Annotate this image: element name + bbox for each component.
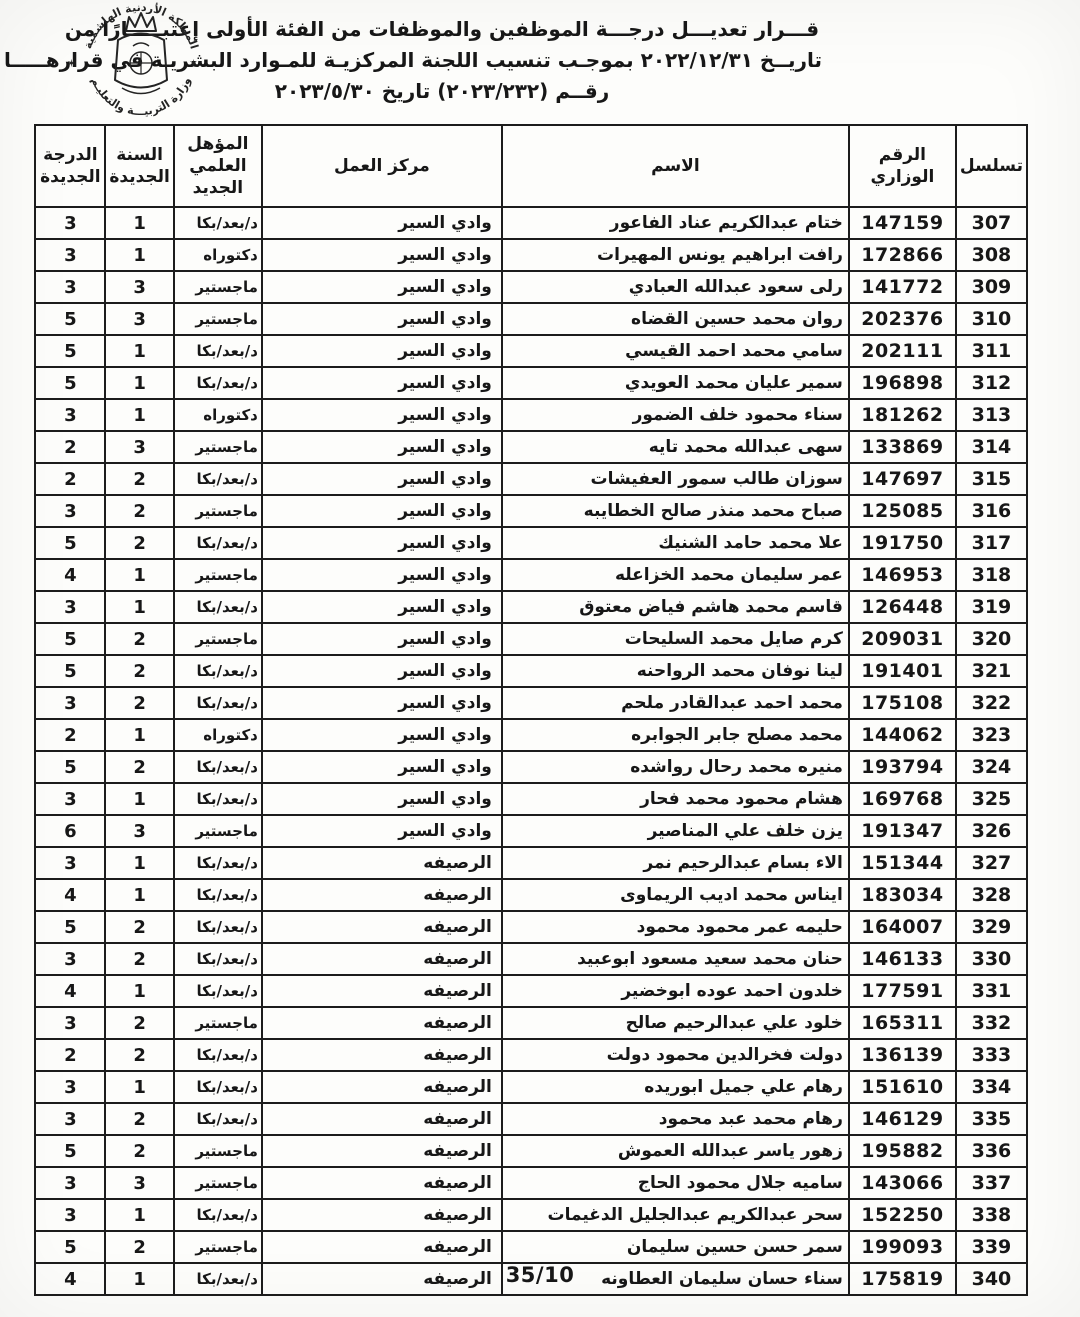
qualification-cell: دكتوراه — [174, 399, 262, 431]
new-grade-cell: 5 — [35, 1135, 105, 1167]
name-cell: عمر سليمان محمد الخزاعله — [502, 559, 849, 591]
new-grade-cell: 3 — [35, 1167, 105, 1199]
new-year-cell: 1 — [105, 847, 174, 879]
new-year-cell: 1 — [105, 1071, 174, 1103]
new-year-cell: 1 — [105, 591, 174, 623]
ministry-number-cell: 175108 — [849, 687, 956, 719]
ministry-number-cell: 133869 — [849, 431, 956, 463]
seal-star-left: ✶ — [67, 57, 76, 70]
serial-cell: 337 — [956, 1167, 1027, 1199]
ministry-number-cell: 164007 — [849, 911, 956, 943]
new-grade-cell: 3 — [35, 399, 105, 431]
work-center-cell: وادي السير — [262, 783, 502, 815]
new-grade-cell: 5 — [35, 335, 105, 367]
name-cell: محمد احمد عبدالقادر ملحم — [502, 687, 849, 719]
name-cell: صباح محمد منذر صالح الخطايبه — [502, 495, 849, 527]
new-grade-cell: 5 — [35, 911, 105, 943]
qualification-cell: د/بعد/بكا — [174, 975, 262, 1007]
new-grade-cell: 3 — [35, 943, 105, 975]
new-grade-cell: 2 — [35, 1039, 105, 1071]
ministry-number-cell: 196898 — [849, 367, 956, 399]
table-body: 307147159ختام عبدالكريم عناد الفاعوروادي… — [35, 207, 1027, 1295]
name-cell: ختام عبدالكريم عناد الفاعور — [502, 207, 849, 239]
hashemite-crown-emblem-icon — [115, 13, 167, 94]
new-grade-cell: 3 — [35, 1007, 105, 1039]
new-year-cell: 1 — [105, 719, 174, 751]
qualification-cell: د/بعد/بكا — [174, 207, 262, 239]
serial-cell: 323 — [956, 719, 1027, 751]
new-year-cell: 3 — [105, 271, 174, 303]
serial-cell: 313 — [956, 399, 1027, 431]
serial-cell: 312 — [956, 367, 1027, 399]
new-year-cell: 1 — [105, 975, 174, 1007]
ministry-number-cell: 151344 — [849, 847, 956, 879]
new-grade-cell: 5 — [35, 367, 105, 399]
qualification-cell: ماجستير — [174, 815, 262, 847]
new-year-cell: 1 — [105, 559, 174, 591]
new-grade-cell: 3 — [35, 239, 105, 271]
new-year-cell: 2 — [105, 655, 174, 687]
col-header-new-year: السنة الجديدة — [105, 125, 174, 207]
serial-cell: 339 — [956, 1231, 1027, 1263]
seal-icon: المملكة الأردنية الهاشمية وزارة التربيــ… — [62, 0, 220, 126]
table-row: 335146129رهام محمد عبد محمودالرصيفهد/بعد… — [35, 1103, 1027, 1135]
qualification-cell: د/بعد/بكا — [174, 687, 262, 719]
ministry-number-cell: 152250 — [849, 1199, 956, 1231]
ministry-number-cell: 202111 — [849, 335, 956, 367]
name-cell: لينا نوفان محمد الرواحنه — [502, 655, 849, 687]
qualification-cell: د/بعد/بكا — [174, 943, 262, 975]
table-row: 324193794منيره محمد رحال رواشدهوادي السي… — [35, 751, 1027, 783]
new-grade-cell: 3 — [35, 783, 105, 815]
table-row: 326191347يزن خلف علي المناصيروادي السيرم… — [35, 815, 1027, 847]
work-center-cell: وادي السير — [262, 207, 502, 239]
ministry-number-cell: 146953 — [849, 559, 956, 591]
table-row: 334151610رهام علي جميل ابوريدهالرصيفهد/ب… — [35, 1071, 1027, 1103]
work-center-cell: وادي السير — [262, 399, 502, 431]
new-year-cell: 1 — [105, 335, 174, 367]
serial-cell: 330 — [956, 943, 1027, 975]
table-row: 318146953عمر سليمان محمد الخزاعلهوادي ال… — [35, 559, 1027, 591]
new-year-cell: 2 — [105, 943, 174, 975]
new-grade-cell: 5 — [35, 751, 105, 783]
qualification-cell: د/بعد/بكا — [174, 463, 262, 495]
name-cell: يزن خلف علي المناصير — [502, 815, 849, 847]
work-center-cell: الرصيفه — [262, 1007, 502, 1039]
ministry-number-cell: 193794 — [849, 751, 956, 783]
ministry-number-cell: 136139 — [849, 1039, 956, 1071]
name-cell: خلدون احمد عوده ابوخضير — [502, 975, 849, 1007]
table-row: 309141772رلى سعود عبدالله العباديوادي ال… — [35, 271, 1027, 303]
qualification-cell: د/بعد/بكا — [174, 655, 262, 687]
new-grade-cell: 4 — [35, 559, 105, 591]
serial-cell: 329 — [956, 911, 1027, 943]
serial-cell: 307 — [956, 207, 1027, 239]
work-center-cell: الرصيفه — [262, 1103, 502, 1135]
new-year-cell: 2 — [105, 463, 174, 495]
new-year-cell: 1 — [105, 399, 174, 431]
name-cell: سهى عبدالله محمد تايه — [502, 431, 849, 463]
name-cell: سامي محمد احمد القيسي — [502, 335, 849, 367]
new-grade-cell: 3 — [35, 207, 105, 239]
new-year-cell: 1 — [105, 783, 174, 815]
ministry-number-cell: 169768 — [849, 783, 956, 815]
table-header-row: تسلسل الرقم الوزاري الاسم مركز العمل الم… — [35, 125, 1027, 207]
new-year-cell: 2 — [105, 751, 174, 783]
table-row: 328183034ايناس محمد اديب الريماوىالرصيفه… — [35, 879, 1027, 911]
work-center-cell: الرصيفه — [262, 1039, 502, 1071]
new-year-cell: 2 — [105, 1135, 174, 1167]
work-center-cell: وادي السير — [262, 463, 502, 495]
new-year-cell: 3 — [105, 1167, 174, 1199]
new-grade-cell: 3 — [35, 847, 105, 879]
ministry-number-cell: 209031 — [849, 623, 956, 655]
table-row: 332165311خلود علي عبدالرحيم صالحالرصيفهم… — [35, 1007, 1027, 1039]
work-center-cell: وادي السير — [262, 335, 502, 367]
qualification-cell: ماجستير — [174, 1007, 262, 1039]
scanned-document-page: قـــرار تعديـــل درجـــة الموظفين والموظ… — [0, 0, 1080, 1317]
work-center-cell: وادي السير — [262, 495, 502, 527]
new-year-cell: 2 — [105, 911, 174, 943]
qualification-cell: د/بعد/بكا — [174, 783, 262, 815]
name-cell: محمد مصلح جابر الجوابره — [502, 719, 849, 751]
table-row: 317191750علا محمد حامد الشنيكوادي السيرد… — [35, 527, 1027, 559]
table-row: 337143066ساميه جلال محمود الحاجالرصيفهما… — [35, 1167, 1027, 1199]
new-year-cell: 1 — [105, 239, 174, 271]
ministry-number-cell: 144062 — [849, 719, 956, 751]
ministry-number-cell: 125085 — [849, 495, 956, 527]
qualification-cell: د/بعد/بكا — [174, 751, 262, 783]
new-grade-cell: 5 — [35, 655, 105, 687]
serial-cell: 315 — [956, 463, 1027, 495]
serial-cell: 328 — [956, 879, 1027, 911]
table-row: 316125085صباح محمد منذر صالح الخطايبهواد… — [35, 495, 1027, 527]
work-center-cell: وادي السير — [262, 591, 502, 623]
work-center-cell: وادي السير — [262, 239, 502, 271]
new-grade-cell: 4 — [35, 879, 105, 911]
qualification-cell: د/بعد/بكا — [174, 527, 262, 559]
table-row: 314133869سهى عبدالله محمد تايهوادي السير… — [35, 431, 1027, 463]
work-center-cell: الرصيفه — [262, 879, 502, 911]
table-row: 308172866رافت ابراهيم يونس المهيراتوادي … — [35, 239, 1027, 271]
new-grade-cell: 5 — [35, 623, 105, 655]
work-center-cell: الرصيفه — [262, 1135, 502, 1167]
new-grade-cell: 3 — [35, 1199, 105, 1231]
col-header-serial: تسلسل — [956, 125, 1027, 207]
ministry-number-cell: 141772 — [849, 271, 956, 303]
work-center-cell: الرصيفه — [262, 1199, 502, 1231]
qualification-cell: ماجستير — [174, 271, 262, 303]
table-row: 338152250سحر عبدالكريم عبدالجليل الدغيما… — [35, 1199, 1027, 1231]
work-center-cell: وادي السير — [262, 687, 502, 719]
work-center-cell: الرصيفه — [262, 1071, 502, 1103]
work-center-cell: وادي السير — [262, 271, 502, 303]
col-header-ministry-number: الرقم الوزاري — [849, 125, 956, 207]
serial-cell: 309 — [956, 271, 1027, 303]
table-row: 319126448قاسم محمد هاشم فياض معتوقوادي ا… — [35, 591, 1027, 623]
ministry-number-cell: 165311 — [849, 1007, 956, 1039]
new-year-cell: 2 — [105, 623, 174, 655]
table-row: 323144062محمد مصلح جابر الجوابرهوادي الس… — [35, 719, 1027, 751]
name-cell: روان محمد حسين القضاه — [502, 303, 849, 335]
ministry-of-education-seal: المملكة الأردنية الهاشمية وزارة التربيــ… — [62, 0, 220, 126]
table-row: 311202111سامي محمد احمد القيسيوادي السير… — [35, 335, 1027, 367]
qualification-cell: د/بعد/بكا — [174, 1199, 262, 1231]
table-row: 310202376روان محمد حسين القضاهوادي السير… — [35, 303, 1027, 335]
ministry-number-cell: 172866 — [849, 239, 956, 271]
ministry-number-cell: 177591 — [849, 975, 956, 1007]
table-row: 322175108محمد احمد عبدالقادر ملحموادي ال… — [35, 687, 1027, 719]
table-row: 315147697سوزان طالب سمور العفيشاتوادي ال… — [35, 463, 1027, 495]
name-cell: دولت فخرالدين محمود دولت — [502, 1039, 849, 1071]
name-cell: الاء بسام عبدالرحيم نمر — [502, 847, 849, 879]
page-number: 35/10 — [0, 1263, 1080, 1287]
table-row: 307147159ختام عبدالكريم عناد الفاعوروادي… — [35, 207, 1027, 239]
qualification-cell: ماجستير — [174, 1167, 262, 1199]
name-cell: رافت ابراهيم يونس المهيرات — [502, 239, 849, 271]
ministry-number-cell: 147159 — [849, 207, 956, 239]
work-center-cell: وادي السير — [262, 559, 502, 591]
col-header-name: الاسم — [502, 125, 849, 207]
name-cell: كرم صايل محمد السليحات — [502, 623, 849, 655]
col-header-qualification: المؤهل العلمي الجديد — [174, 125, 262, 207]
new-grade-cell: 3 — [35, 591, 105, 623]
serial-cell: 335 — [956, 1103, 1027, 1135]
ministry-number-cell: 191347 — [849, 815, 956, 847]
table-row: 313181262سناء محمود خلف الضموروادي السير… — [35, 399, 1027, 431]
new-grade-cell: 2 — [35, 463, 105, 495]
ministry-number-cell: 181262 — [849, 399, 956, 431]
ministry-number-cell: 146129 — [849, 1103, 956, 1135]
name-cell: خلود علي عبدالرحيم صالح — [502, 1007, 849, 1039]
name-cell: حنان محمد سعيد مسعود ابوعبيد — [502, 943, 849, 975]
work-center-cell: الرصيفه — [262, 943, 502, 975]
serial-cell: 318 — [956, 559, 1027, 591]
name-cell: سمر حسن حسين سليمان — [502, 1231, 849, 1263]
ministry-number-cell: 151610 — [849, 1071, 956, 1103]
new-grade-cell: 5 — [35, 527, 105, 559]
col-header-new-grade: الدرجة الجديدة — [35, 125, 105, 207]
seal-star-right: ✶ — [189, 57, 198, 70]
new-year-cell: 1 — [105, 367, 174, 399]
name-cell: منيره محمد رحال رواشده — [502, 751, 849, 783]
ministry-number-cell: 195882 — [849, 1135, 956, 1167]
serial-cell: 321 — [956, 655, 1027, 687]
table-row: 336195882زهور ياسر عبدالله العموشالرصيفه… — [35, 1135, 1027, 1167]
employee-grade-table: تسلسل الرقم الوزاري الاسم مركز العمل الم… — [34, 124, 1028, 1296]
qualification-cell: د/بعد/بكا — [174, 847, 262, 879]
seal-bottom-text: وزارة التربيـــة والتعليـم — [89, 75, 194, 118]
work-center-cell: وادي السير — [262, 815, 502, 847]
name-cell: علا محمد حامد الشنيك — [502, 527, 849, 559]
qualification-cell: ماجستير — [174, 1135, 262, 1167]
ministry-number-cell: 191750 — [849, 527, 956, 559]
serial-cell: 338 — [956, 1199, 1027, 1231]
work-center-cell: وادي السير — [262, 719, 502, 751]
serial-cell: 326 — [956, 815, 1027, 847]
name-cell: سناء محمود خلف الضمور — [502, 399, 849, 431]
table-row: 339199093سمر حسن حسين سليمانالرصيفهماجست… — [35, 1231, 1027, 1263]
serial-cell: 320 — [956, 623, 1027, 655]
serial-cell: 333 — [956, 1039, 1027, 1071]
qualification-cell: د/بعد/بكا — [174, 879, 262, 911]
table-header: تسلسل الرقم الوزاري الاسم مركز العمل الم… — [35, 125, 1027, 207]
new-year-cell: 2 — [105, 1103, 174, 1135]
table-row: 331177591خلدون احمد عوده ابوخضيرالرصيفهد… — [35, 975, 1027, 1007]
new-year-cell: 2 — [105, 1231, 174, 1263]
qualification-cell: د/بعد/بكا — [174, 911, 262, 943]
new-grade-cell: 5 — [35, 303, 105, 335]
serial-cell: 316 — [956, 495, 1027, 527]
qualification-cell: ماجستير — [174, 495, 262, 527]
name-cell: سوزان طالب سمور العفيشات — [502, 463, 849, 495]
work-center-cell: الرصيفه — [262, 975, 502, 1007]
new-year-cell: 1 — [105, 207, 174, 239]
new-grade-cell: 3 — [35, 495, 105, 527]
table-row: 321191401لينا نوفان محمد الرواحنهوادي ال… — [35, 655, 1027, 687]
ministry-number-cell: 199093 — [849, 1231, 956, 1263]
new-grade-cell: 3 — [35, 271, 105, 303]
work-center-cell: وادي السير — [262, 303, 502, 335]
qualification-cell: دكتوراه — [174, 719, 262, 751]
new-year-cell: 3 — [105, 815, 174, 847]
ministry-number-cell: 146133 — [849, 943, 956, 975]
table-row: 312196898سمير عليان محمد العويديوادي الس… — [35, 367, 1027, 399]
table-row: 330146133حنان محمد سعيد مسعود ابوعبيدالر… — [35, 943, 1027, 975]
name-cell: زهور ياسر عبدالله العموش — [502, 1135, 849, 1167]
ministry-number-cell: 202376 — [849, 303, 956, 335]
work-center-cell: وادي السير — [262, 367, 502, 399]
ministry-number-cell: 191401 — [849, 655, 956, 687]
name-cell: قاسم محمد هاشم فياض معتوق — [502, 591, 849, 623]
qualification-cell: ماجستير — [174, 303, 262, 335]
serial-cell: 334 — [956, 1071, 1027, 1103]
ministry-number-cell: 126448 — [849, 591, 956, 623]
ministry-number-cell: 183034 — [849, 879, 956, 911]
work-center-cell: وادي السير — [262, 751, 502, 783]
new-year-cell: 3 — [105, 303, 174, 335]
new-year-cell: 1 — [105, 1199, 174, 1231]
table-row: 320209031كرم صايل محمد السليحاتوادي السي… — [35, 623, 1027, 655]
work-center-cell: الرصيفه — [262, 1167, 502, 1199]
serial-cell: 308 — [956, 239, 1027, 271]
table-row: 333136139دولت فخرالدين محمود دولتالرصيفه… — [35, 1039, 1027, 1071]
name-cell: رهام علي جميل ابوريده — [502, 1071, 849, 1103]
new-year-cell: 2 — [105, 527, 174, 559]
name-cell: سحر عبدالكريم عبدالجليل الدغيمات — [502, 1199, 849, 1231]
qualification-cell: د/بعد/بكا — [174, 591, 262, 623]
new-grade-cell: 3 — [35, 1071, 105, 1103]
qualification-cell: ماجستير — [174, 1231, 262, 1263]
serial-cell: 317 — [956, 527, 1027, 559]
qualification-cell: د/بعد/بكا — [174, 1071, 262, 1103]
serial-cell: 314 — [956, 431, 1027, 463]
col-header-work-center: مركز العمل — [262, 125, 502, 207]
serial-cell: 311 — [956, 335, 1027, 367]
new-year-cell: 2 — [105, 1039, 174, 1071]
qualification-cell: د/بعد/بكا — [174, 1039, 262, 1071]
serial-cell: 331 — [956, 975, 1027, 1007]
new-grade-cell: 3 — [35, 1103, 105, 1135]
qualification-cell: د/بعد/بكا — [174, 335, 262, 367]
new-grade-cell: 2 — [35, 431, 105, 463]
work-center-cell: وادي السير — [262, 431, 502, 463]
new-year-cell: 2 — [105, 687, 174, 719]
qualification-cell: ماجستير — [174, 559, 262, 591]
serial-cell: 325 — [956, 783, 1027, 815]
ministry-number-cell: 143066 — [849, 1167, 956, 1199]
work-center-cell: الرصيفه — [262, 847, 502, 879]
new-year-cell: 3 — [105, 431, 174, 463]
table-row: 329164007حليمه عمر محمود محمودالرصيفهد/ب… — [35, 911, 1027, 943]
qualification-cell: ماجستير — [174, 431, 262, 463]
qualification-cell: د/بعد/بكا — [174, 367, 262, 399]
table-row: 327151344الاء بسام عبدالرحيم نمرالرصيفهد… — [35, 847, 1027, 879]
new-grade-cell: 2 — [35, 719, 105, 751]
table-row: 325169768هشام محمود محمد فحاروادي السيرد… — [35, 783, 1027, 815]
serial-cell: 324 — [956, 751, 1027, 783]
name-cell: رهام محمد عبد محمود — [502, 1103, 849, 1135]
work-center-cell: وادي السير — [262, 527, 502, 559]
name-cell: ساميه جلال محمود الحاج — [502, 1167, 849, 1199]
new-year-cell: 2 — [105, 495, 174, 527]
new-grade-cell: 6 — [35, 815, 105, 847]
work-center-cell: وادي السير — [262, 623, 502, 655]
new-grade-cell: 5 — [35, 1231, 105, 1263]
work-center-cell: الرصيفه — [262, 1231, 502, 1263]
serial-cell: 327 — [956, 847, 1027, 879]
serial-cell: 336 — [956, 1135, 1027, 1167]
serial-cell: 332 — [956, 1007, 1027, 1039]
new-grade-cell: 3 — [35, 687, 105, 719]
work-center-cell: وادي السير — [262, 655, 502, 687]
new-year-cell: 1 — [105, 879, 174, 911]
qualification-cell: ماجستير — [174, 623, 262, 655]
name-cell: رلى سعود عبدالله العبادي — [502, 271, 849, 303]
name-cell: هشام محمود محمد فحار — [502, 783, 849, 815]
serial-cell: 319 — [956, 591, 1027, 623]
new-year-cell: 2 — [105, 1007, 174, 1039]
work-center-cell: الرصيفه — [262, 911, 502, 943]
ministry-number-cell: 147697 — [849, 463, 956, 495]
name-cell: ايناس محمد اديب الريماوى — [502, 879, 849, 911]
new-grade-cell: 4 — [35, 975, 105, 1007]
name-cell: حليمه عمر محمود محمود — [502, 911, 849, 943]
serial-cell: 322 — [956, 687, 1027, 719]
qualification-cell: دكتوراه — [174, 239, 262, 271]
qualification-cell: د/بعد/بكا — [174, 1103, 262, 1135]
name-cell: سمير عليان محمد العويدي — [502, 367, 849, 399]
serial-cell: 310 — [956, 303, 1027, 335]
